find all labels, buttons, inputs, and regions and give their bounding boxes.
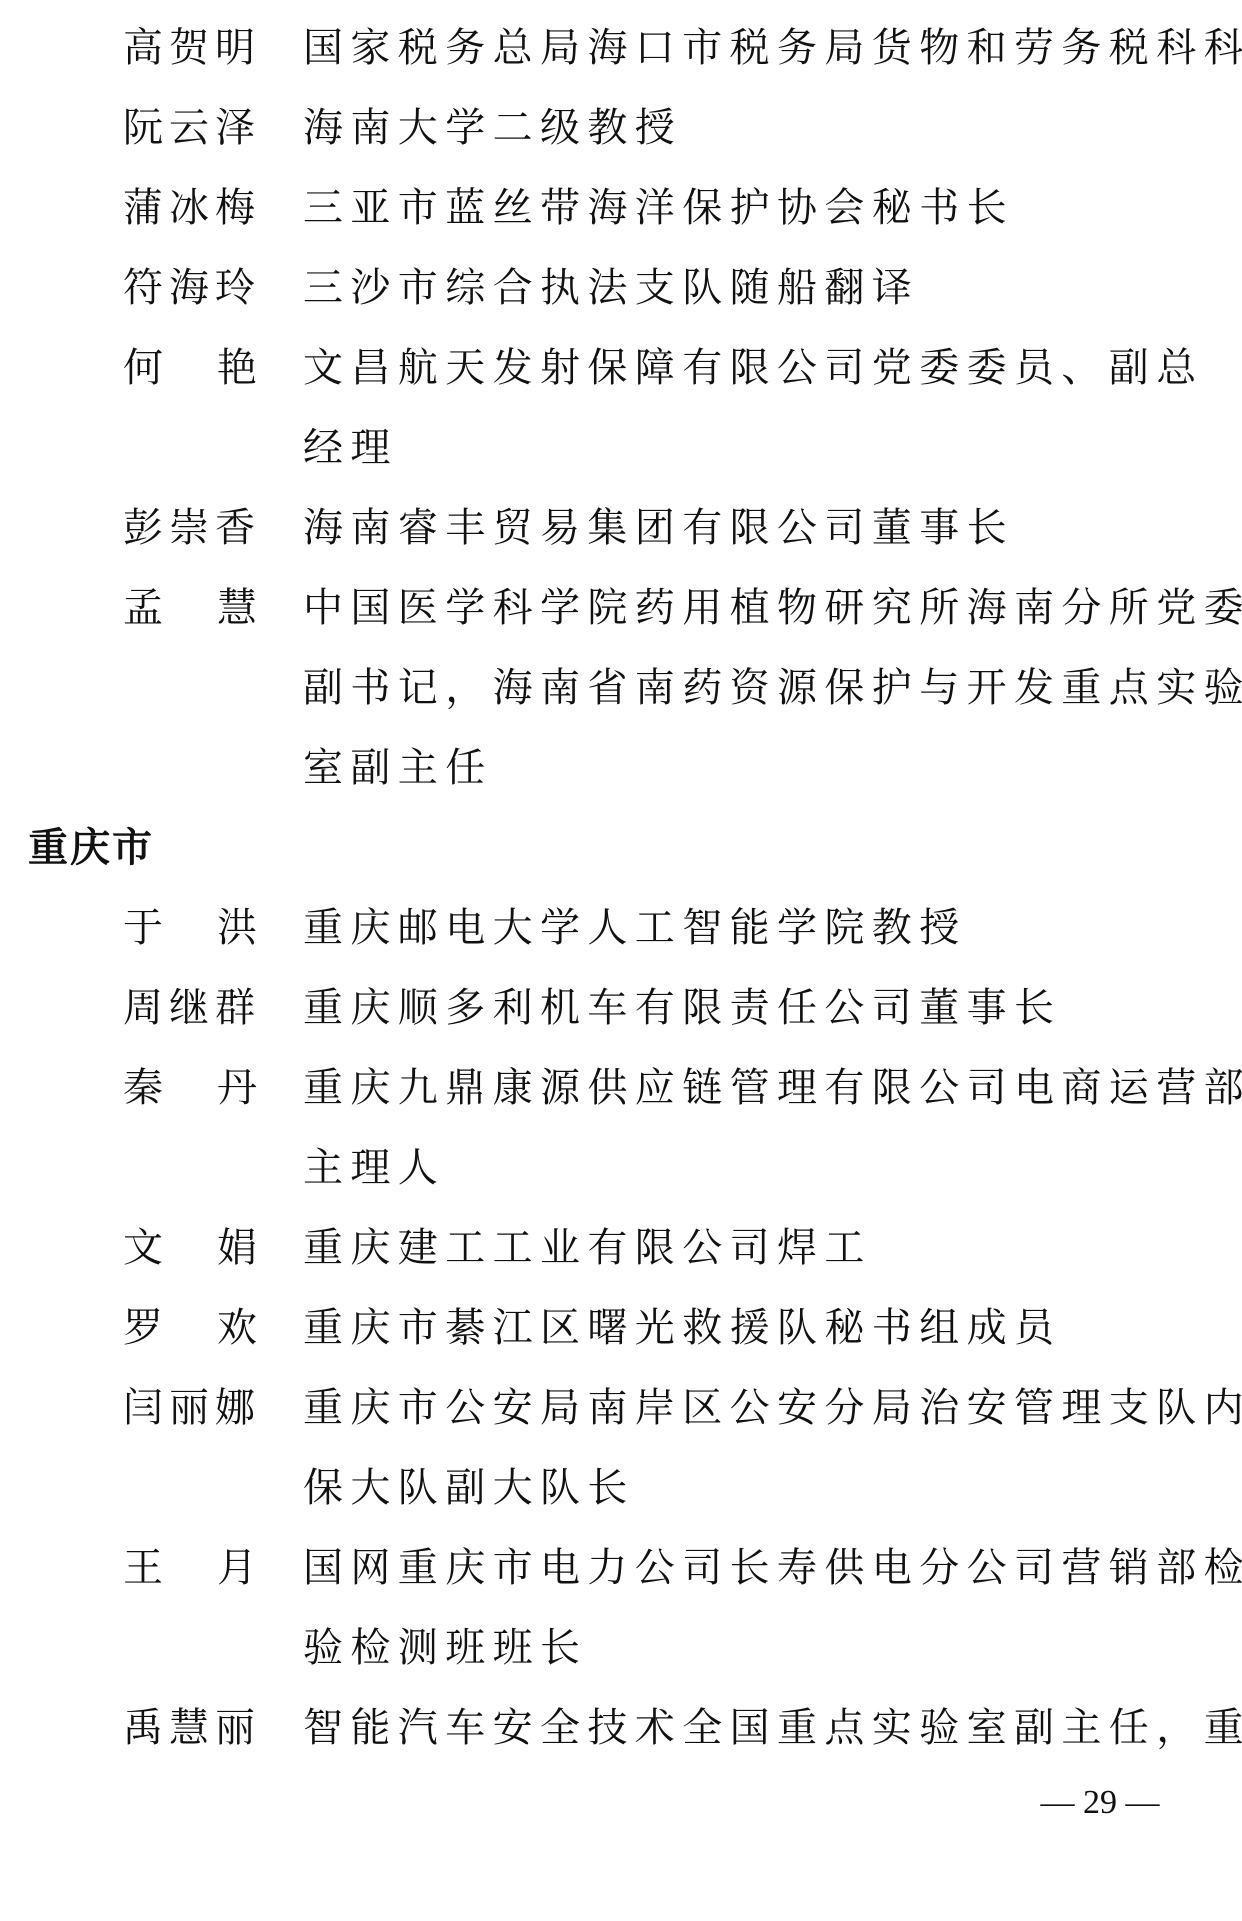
entry-title-continued: 副书记，海南省南药资源保护与开发重点实验 xyxy=(303,648,1223,728)
entry-name: 符海玲 xyxy=(123,248,273,328)
entry-title-continued: 验检测班班长 xyxy=(303,1608,1223,1688)
entry-name: 彭崇香 xyxy=(123,488,273,568)
entry-title-continued: 主理人 xyxy=(303,1128,1223,1208)
entry-title: 三沙市综合执法支队随船翻译 xyxy=(303,248,1223,328)
entry-title: 智能汽车安全技术全国重点实验室副主任，重 xyxy=(303,1688,1223,1768)
entry-title: 文昌航天发射保障有限公司党委委员、副总 xyxy=(303,328,1223,408)
entry-name: 禹慧丽 xyxy=(123,1688,273,1768)
entry-title: 重庆邮电大学人工智能学院教授 xyxy=(303,888,1223,968)
entry-title: 重庆市公安局南岸区公安分局治安管理支队内 xyxy=(303,1368,1223,1448)
entry-title: 海南睿丰贸易集团有限公司董事长 xyxy=(303,488,1223,568)
entry-name: 罗欢 xyxy=(123,1288,273,1368)
entry-title: 重庆九鼎康源供应链管理有限公司电商运营部 xyxy=(303,1048,1223,1128)
entry-title: 重庆市綦江区曙光救援队秘书组成员 xyxy=(303,1288,1223,1368)
entry-name: 秦丹 xyxy=(123,1048,273,1128)
entry-name: 王月 xyxy=(123,1528,273,1608)
entry-name: 于洪 xyxy=(123,888,273,968)
entry-name: 文娟 xyxy=(123,1208,273,1288)
section-heading: 重庆市 xyxy=(28,808,154,888)
entry-title: 重庆建工工业有限公司焊工 xyxy=(303,1208,1223,1288)
entry-name: 蒲冰梅 xyxy=(123,168,273,248)
entry-title: 三亚市蓝丝带海洋保护协会秘书长 xyxy=(303,168,1223,248)
entry-name: 高贺明 xyxy=(123,8,273,88)
entry-title-continued: 保大队副大队长 xyxy=(303,1448,1223,1528)
entry-title: 国网重庆市电力公司长寿供电分公司营销部检 xyxy=(303,1528,1223,1608)
entry-name: 闫丽娜 xyxy=(123,1368,273,1448)
document-page: 高贺明 国家税务总局海口市税务局货物和劳务税科科长 阮云泽 海南大学二级教授 蒲… xyxy=(0,0,1242,1921)
entry-name: 孟慧 xyxy=(123,568,273,648)
entry-name: 周继群 xyxy=(123,968,273,1048)
entry-name: 阮云泽 xyxy=(123,88,273,168)
entry-name: 何艳 xyxy=(123,328,273,408)
entry-title: 国家税务总局海口市税务局货物和劳务税科科长 xyxy=(303,8,1223,88)
entry-title: 中国医学科学院药用植物研究所海南分所党委 xyxy=(303,568,1223,648)
entry-title-continued: 经理 xyxy=(303,408,1223,488)
page-number: — 29 — xyxy=(1010,1780,1190,1826)
entry-title: 海南大学二级教授 xyxy=(303,88,1223,168)
entry-title: 重庆顺多利机车有限责任公司董事长 xyxy=(303,968,1223,1048)
entry-title-continued: 室副主任 xyxy=(303,728,1223,808)
